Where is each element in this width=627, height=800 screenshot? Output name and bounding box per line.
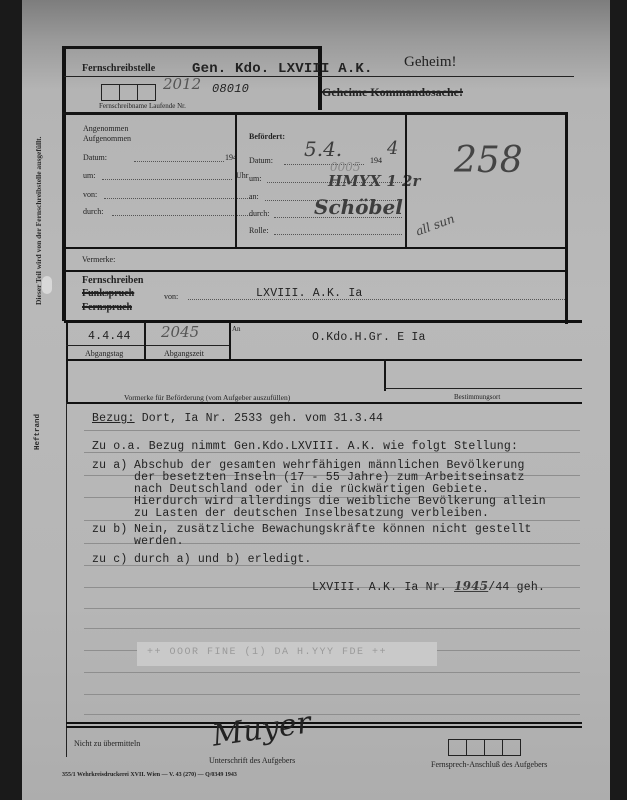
dispatch-left [66,322,68,402]
received-datum-line [134,161,224,162]
destination-rule [384,388,582,389]
form-divider [64,320,582,323]
classification-struck-label: Geheime Kommandosache! [322,85,463,100]
dispatch-time-value: 2045 [161,323,199,341]
reference-text: Dort, Ia Nr. 2533 geh. vom 31.3.44 [135,412,384,425]
message-type-struck-1: Funkspruch [82,288,134,299]
office-label: Fernschreibstelle [82,63,155,74]
not-transmit-label: Nicht zu übermitteln [74,739,140,748]
intro-line: Zu o.a. Bezug nimmt Gen.Kdo.LXVIII. A.K.… [92,440,518,453]
running-number-typed: 08010 [212,82,249,96]
received-uhr-label: Uhr [236,171,248,180]
dispatch-time-label: Abgangszeit [164,349,204,358]
forwarded-rolle-label: Rolle: [249,226,269,235]
dispatch-date-time-divider [144,322,146,359]
item-a-prefix: zu a) [92,459,128,472]
dispatch-time-to-divider [229,322,231,359]
received-durch-line [112,215,252,216]
message-type-title: Fernschreiben [82,275,143,286]
file-number-line: LXVIII. A.K. Ia Nr. 1945/44 geh. [312,579,545,594]
received-title-2: Aufgenommen [83,134,131,143]
reference-label: Bezug: [92,412,135,425]
file-number-handwritten: 1945 [454,579,488,593]
forwarded-durch-value: Schöbel [314,195,403,219]
received-um-label: um: [83,171,95,180]
forwarded-title: Befördert: [249,132,285,141]
received-title-1: Angenommen [83,124,128,133]
footer-rule-2 [66,726,582,728]
dispatch-date-label: Abgangstag [85,349,123,358]
dispatch-rule [66,345,230,346]
dispatch-to-value: O.Kdo.H.Gr. E Ia [312,331,426,344]
received-forwarded-divider [235,113,237,247]
forwarded-year-prefix: 194 [370,156,382,165]
item-b-line-1: Nein, zusätzliche Bewachungskräfte könne… [134,523,532,536]
left-border-thick [62,46,66,321]
forwarded-year-suffix: 4 [387,138,398,159]
received-von-line [104,198,252,199]
dispatch-to-label: An [232,325,241,333]
item-c-prefix: zu c) [92,553,128,566]
office-value: Gen. Kdo. LXVIII A.K. [192,61,373,77]
reference-line: Bezug: Dort, Ia Nr. 2533 geh. vom 31.3.4… [92,412,383,425]
file-number-prefix: LXVIII. A.K. Ia Nr. [312,581,447,594]
telex-name-label: Fernschreibname Laufende Nr. [99,102,186,110]
body-top [66,402,582,404]
classification-label: Geheim! [404,54,456,71]
signature-label: Unterschrift des Aufgebers [209,756,295,765]
routing-divider [384,359,386,391]
telex-form-sheet: Dieser Teil wird von der Fernschreibstel… [22,0,610,800]
telex-name-boxes [101,84,156,101]
header-divider [318,46,322,110]
item-b-line-2: werden. [134,535,184,548]
registry-number: 258 [454,140,523,181]
header-rule [64,76,574,77]
message-from-line [188,299,565,300]
remarks-top [64,247,566,249]
running-number-handwritten: 2012 [163,75,201,93]
forwarded-registry-divider [405,113,407,247]
forwarded-datum-value: 5.4. [304,137,342,161]
remarks-label: Vermerke: [82,255,115,264]
dispatch-date-value: 4.4.44 [88,330,131,343]
received-durch-label: durch: [83,207,103,216]
registry-initials: all sun [414,212,457,239]
binding-hole-top [42,276,52,294]
destination-label: Bestimmungsort [454,393,500,401]
phone-boxes [448,739,521,756]
sender-signature: Muyer [210,705,313,753]
forwarded-an-label: an: [249,192,259,201]
body-left-border [66,402,67,757]
item-a-line-5: zu Lasten der deutschen Inselbesatzung v… [134,507,489,520]
forwarded-um-label: um: [249,174,261,183]
routing-label: Vormerke für Beförderung (vom Aufgeber a… [124,393,290,402]
printer-line: 355/1 Wehrkreisdruckerei XVII. Wien — V.… [62,772,237,778]
received-um-line [102,179,232,180]
message-from-value: LXVIII. A.K. Ia [256,287,363,300]
item-c-text: durch a) und b) erledigt. [134,553,312,566]
faded-tape-text: ++ OOOR FINE (1) DA H.YYY FDE ++ [147,647,387,658]
message-from-label: von: [164,292,178,301]
received-von-label: von: [83,190,97,199]
received-block-top [62,112,567,115]
message-type-struck-2: Fernspruch [82,302,132,313]
file-number-suffix: /44 geh. [488,581,545,594]
item-b-prefix: zu b) [92,523,128,536]
forwarded-durch-label: durch: [249,209,269,218]
top-border [62,46,320,49]
margin-heftrand: Heftrand [34,414,42,450]
forwarded-rolle-line [274,234,402,235]
forwarded-datum-label: Datum: [249,156,273,165]
footer-rule-1 [66,722,582,724]
phone-label: Fernsprech-Anschluß des Aufgebers [431,760,547,769]
remarks-bottom [64,270,566,272]
right-border [565,112,568,324]
routing-top [66,359,582,361]
received-datum-label: Datum: [83,153,107,162]
